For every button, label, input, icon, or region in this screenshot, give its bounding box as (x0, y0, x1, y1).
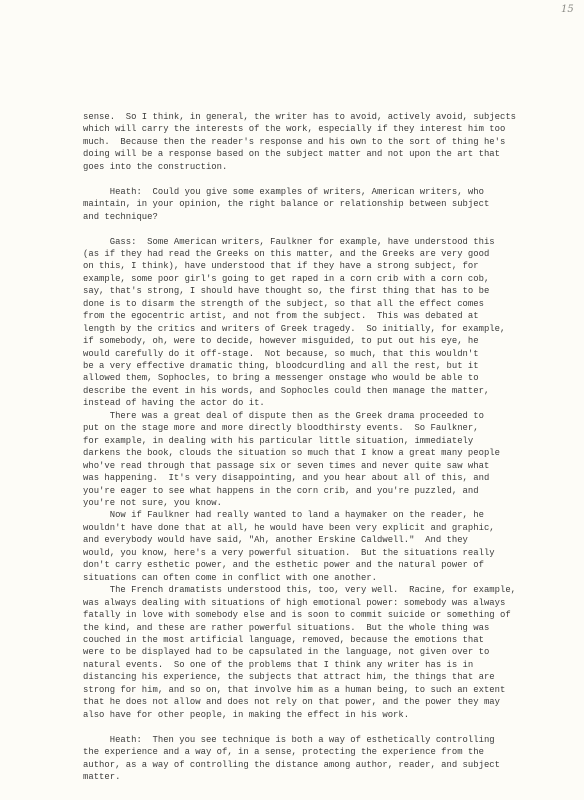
text-line: was always dealing with situations of hi… (83, 597, 543, 609)
paragraph-gap (83, 173, 543, 185)
text-line: describe the event in his words, and Sop… (83, 385, 543, 397)
text-line: The French dramatists understood this, t… (83, 584, 543, 596)
text-line: couched in the most artificial language,… (83, 634, 543, 646)
text-line: sense. So I think, in general, the write… (83, 111, 543, 123)
text-line: Heath: Then you see technique is both a … (83, 734, 543, 746)
text-line: the experience and a way of, in a sense,… (83, 746, 543, 758)
paragraph-gass-continuation: sense. So I think, in general, the write… (83, 111, 543, 173)
text-line: maintain, in your opinion, the right bal… (83, 198, 543, 210)
typescript-page: 15 sense. So I think, in general, the wr… (0, 0, 584, 800)
text-line: example, some poor girl's going to get r… (83, 273, 543, 285)
text-line: darkens the book, clouds the situation s… (83, 447, 543, 459)
text-line: allowed them, Sophocles, to bring a mess… (83, 372, 543, 384)
text-line: you're eager to see what happens in the … (83, 485, 543, 497)
page-number: 15 (561, 4, 574, 15)
text-line: would carefully do it off-stage. Not bec… (83, 348, 543, 360)
text-line: much. Because then the reader's response… (83, 136, 543, 148)
text-line: and technique? (83, 211, 543, 223)
text-line: Now if Faulkner had really wanted to lan… (83, 509, 543, 521)
text-line: author, as a way of controlling the dist… (83, 759, 543, 771)
text-line: and everybody would have said, "Ah, anot… (83, 534, 543, 546)
text-line: the kind, and these are rather powerful … (83, 622, 543, 634)
paragraph-heath-question: Heath: Could you give some examples of w… (83, 186, 543, 223)
text-line: were to be displayed had to be capsulate… (83, 646, 543, 658)
text-line: say, that's strong, I should have though… (83, 285, 543, 297)
text-line: put on the stage more and more directly … (83, 422, 543, 434)
text-line: doing will be a response based on the su… (83, 148, 543, 160)
paragraph-gap (83, 223, 543, 235)
text-line: for example, in dealing with his particu… (83, 435, 543, 447)
paragraph-heath-followup: Heath: Then you see technique is both a … (83, 734, 543, 784)
text-line: wouldn't have done that at all, he would… (83, 522, 543, 534)
text-line: instead of having the actor do it. (83, 397, 543, 409)
text-line: strong for him, and so on, that involve … (83, 684, 543, 696)
text-line: be a very effective dramatic thing, bloo… (83, 360, 543, 372)
text-line: would, you know, here's a very powerful … (83, 547, 543, 559)
text-line: situations can often come in conflict wi… (83, 572, 543, 584)
text-line: that he does not allow and does not rely… (83, 696, 543, 708)
text-line: from the egocentric artist, and not from… (83, 310, 543, 322)
transcript-body: sense. So I think, in general, the write… (83, 111, 543, 783)
text-line: length by the critics and writers of Gre… (83, 323, 543, 335)
paragraph-gass-answer: Gass: Some American writers, Faulkner fo… (83, 236, 543, 722)
text-line: if somebody, oh, were to decide, however… (83, 335, 543, 347)
text-line: was happening. It's very disappointing, … (83, 472, 543, 484)
text-line: natural events. So one of the problems t… (83, 659, 543, 671)
text-line: you're not sure, you know. (83, 497, 543, 509)
text-line: done is to disarm the strength of the su… (83, 298, 543, 310)
text-line: on this, I think), have understood that … (83, 260, 543, 272)
text-line: don't carry esthetic power, and the esth… (83, 559, 543, 571)
text-line: There was a great deal of dispute then a… (83, 410, 543, 422)
paragraph-gap (83, 721, 543, 733)
text-line: who've read through that passage six or … (83, 460, 543, 472)
text-line: goes into the construction. (83, 161, 543, 173)
text-line: (as if they had read the Greeks on this … (83, 248, 543, 260)
text-line: matter. (83, 771, 543, 783)
text-line: fatally in love with somebody else and i… (83, 609, 543, 621)
text-line: distancing his experience, the subjects … (83, 671, 543, 683)
text-line: which will carry the interests of the wo… (83, 123, 543, 135)
text-line: also have for other people, in making th… (83, 709, 543, 721)
text-line: Gass: Some American writers, Faulkner fo… (83, 236, 543, 248)
text-line: Heath: Could you give some examples of w… (83, 186, 543, 198)
